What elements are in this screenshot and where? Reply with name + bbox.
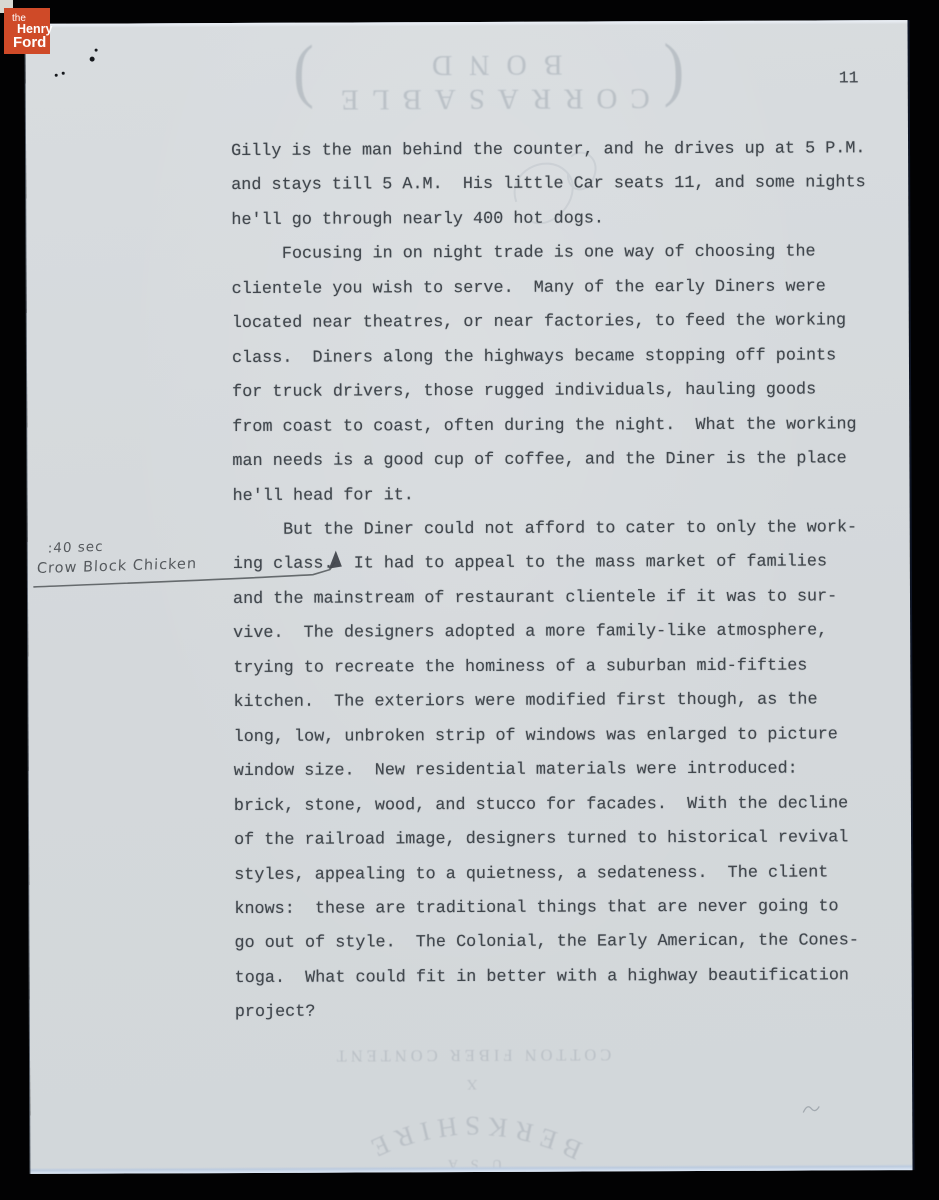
pencil-squiggle: [800, 1100, 822, 1118]
ink-dot: [95, 49, 98, 52]
logo-text-ford: Ford: [13, 35, 46, 50]
handwritten-timing-note: :40 sec: [47, 539, 103, 557]
watermark-corrasable-bond: ( CORRASABLE BOND ): [274, 33, 704, 131]
watermark-paren-right: ): [293, 42, 314, 124]
watermark-corrasable: CORRASABLE: [328, 82, 650, 116]
document-page: ( CORRASABLE BOND ) 11 Gilly is the man …: [25, 20, 912, 1174]
watermark-bond: BOND: [415, 48, 562, 81]
ink-dot: [55, 74, 58, 77]
page-number: 11: [839, 68, 859, 87]
watermark-paren-left: (: [663, 40, 684, 122]
henry-ford-logo: the Henry Ford: [4, 8, 50, 54]
scanned-document-viewer: ( CORRASABLE BOND ) 11 Gilly is the man …: [0, 0, 939, 1200]
watermark-cotton-fiber: COTTON FIBER CONTENT: [333, 1045, 612, 1065]
insertion-arrow-mark: [329, 551, 342, 569]
watermark-usa: U S A: [443, 1156, 502, 1171]
ink-dot: [62, 72, 65, 75]
ink-dot: [90, 57, 95, 62]
watermark-x: X: [467, 1076, 478, 1092]
watermark-berkshire: COTTON FIBER CONTENT X BERKSHIRE U S A: [262, 1027, 683, 1179]
